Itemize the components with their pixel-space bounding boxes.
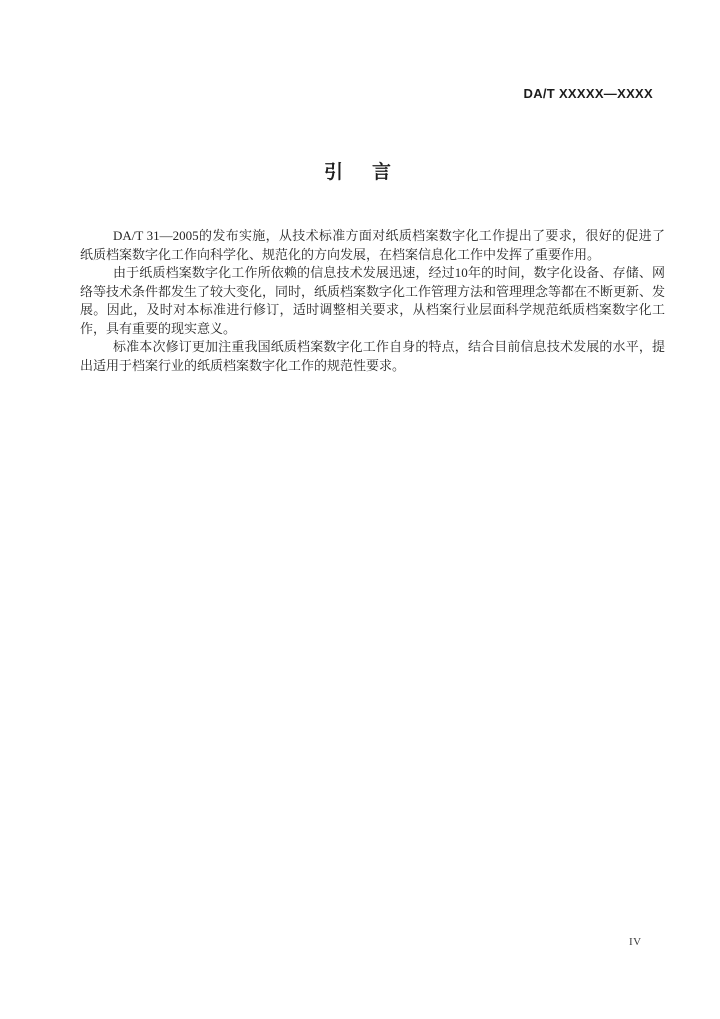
- page-number: IV: [629, 936, 642, 948]
- intro-paragraph-2: 由于纸质档案数字化工作所依赖的信息技术发展迅速，经过10年的时间，数字化设备、存…: [80, 264, 665, 338]
- page-title: 引 言: [0, 157, 720, 184]
- intro-paragraph-1: DA/T 31—2005的发布实施，从技术标准方面对纸质档案数字化工作提出了要求…: [80, 227, 665, 264]
- document-page: DA/T XXXXX—XXXX 引 言 DA/T 31—2005的发布实施，从技…: [0, 0, 720, 1019]
- document-body: DA/T 31—2005的发布实施，从技术标准方面对纸质档案数字化工作提出了要求…: [80, 227, 665, 375]
- standard-code-header: DA/T XXXXX—XXXX: [524, 86, 653, 101]
- intro-paragraph-3: 标准本次修订更加注重我国纸质档案数字化工作自身的特点，结合目前信息技术发展的水平…: [80, 338, 665, 375]
